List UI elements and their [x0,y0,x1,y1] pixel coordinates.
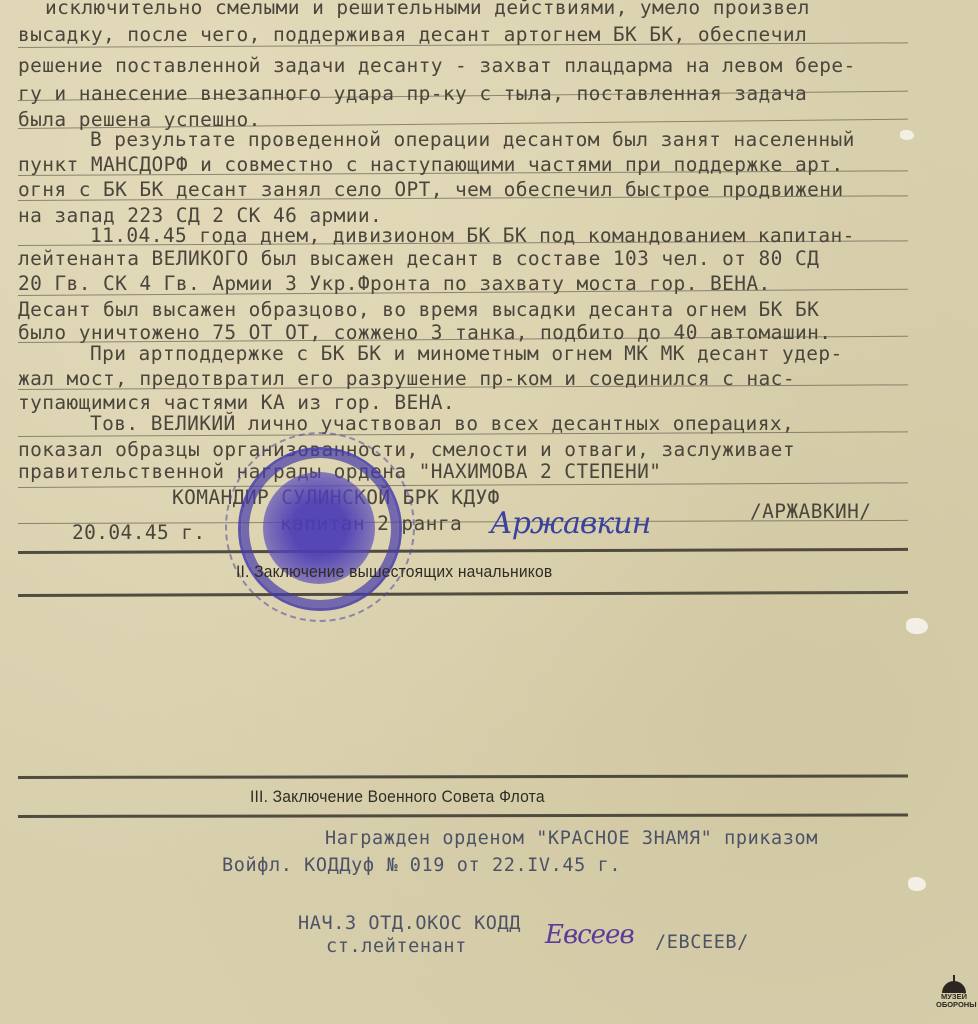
body-line: Десант был высажен образцово, во время в… [18,298,819,321]
handwritten-signature: Аржавкин [490,506,650,541]
section-divider [18,591,908,597]
award-note-line-2: Войфл. КОДДуф № 019 от 22.IV.45 г. [222,855,621,876]
section-3-title: III. Заключение Военного Совета Флота [250,787,545,807]
paper-hole [908,877,926,891]
section-divider [18,548,908,554]
body-line: лейтенанта ВЕЛИКОГО был высажен десант в… [18,247,819,270]
body-line: тупающимися частями КА из гор. ВЕНА. [18,391,455,414]
body-line: решение поставленной задачи десанту - за… [18,54,856,77]
official-seal-icon [238,447,402,611]
body-line: В результате проведенной операции десант… [90,128,855,151]
final-signer-name: /ЕВСЕЕВ/ [655,932,749,953]
paper-hole [900,130,914,140]
signer-name: /АРЖАВКИН/ [750,500,871,523]
document-page: исключительно смелыми и решительными дей… [0,0,978,1024]
museum-logo-icon: МУЗЕЙ ОБОРОНЫ [936,975,972,1021]
body-line: исключительно смелыми и решительными дей… [45,0,810,19]
final-signer-rank: ст.лейтенант [326,936,467,957]
body-line: При артподдержке с БК БК и минометным ог… [90,342,843,365]
body-line: показал образцы организованности, смелос… [18,438,795,461]
paper-hole [906,618,928,634]
logo-line: ОБОРОНЫ [936,1001,972,1009]
section-2-title: II. Заключение вышестоящих начальников [236,562,552,582]
sheet-date: 20.04.45 г. [72,521,206,544]
award-note-line-1: Награжден орденом "КРАСНОЕ ЗНАМЯ" приказ… [325,828,818,849]
final-handwritten-signature: Евсеев [545,920,634,950]
final-signer-position: НАЧ.3 ОТД.ОКОС КОДД [298,913,521,934]
logo-label: МУЗЕЙ ОБОРОНЫ [936,993,972,1009]
section-divider [18,774,908,779]
section-divider [18,813,908,818]
